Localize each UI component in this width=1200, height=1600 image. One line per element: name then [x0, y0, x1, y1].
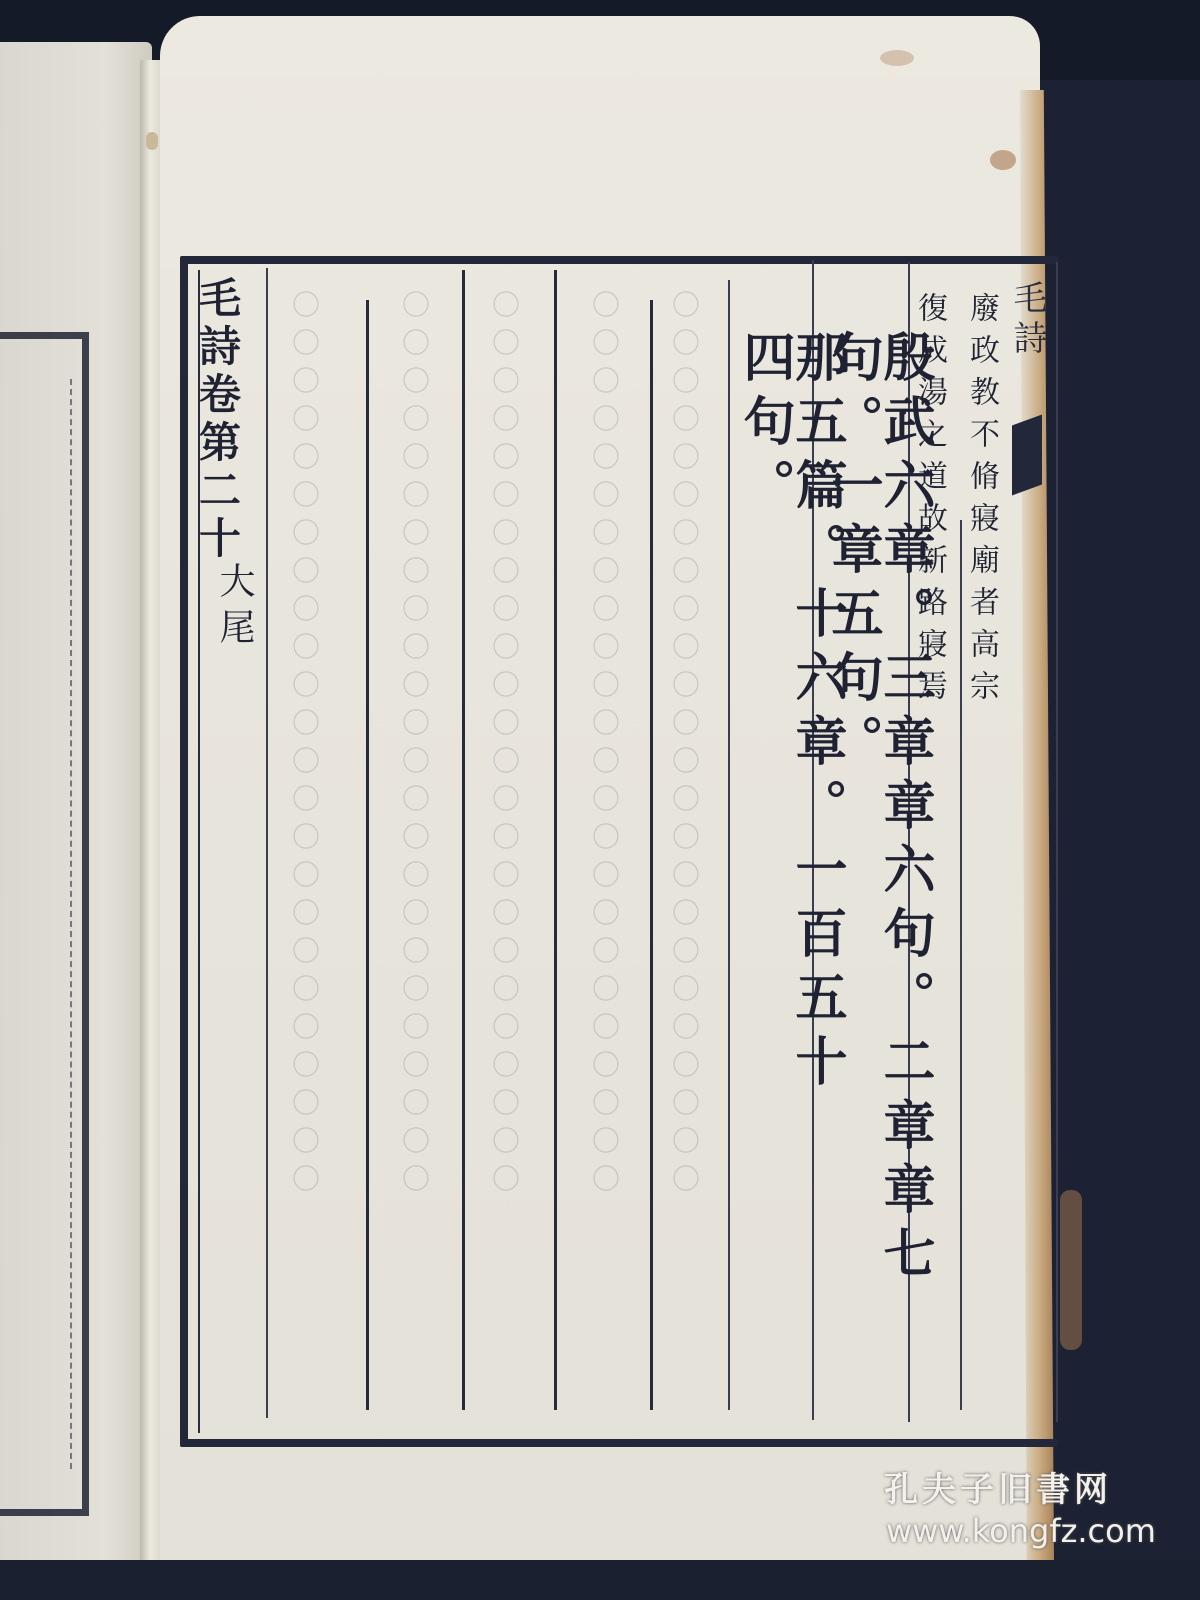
- background-cloth-bottom: [0, 1560, 1200, 1600]
- column-rule: [728, 280, 730, 1410]
- foxing-stain: [1060, 1190, 1082, 1350]
- show-through-text: 〇〇〇〇〇〇〇〇〇〇〇〇〇〇〇〇〇〇〇〇〇〇〇〇: [590, 290, 618, 1390]
- column-rule: [650, 300, 653, 1410]
- column-rule: [366, 300, 369, 1410]
- column-rule: [462, 270, 465, 1410]
- fish-tail-mark: [1012, 415, 1042, 496]
- commentary-line-2: 復成湯之道故新路寢焉: [914, 292, 944, 712]
- volume-title: 毛詩卷第二十: [196, 276, 238, 564]
- binding-stitch-mark: [146, 132, 158, 150]
- column-rule: [554, 270, 557, 1410]
- column-rule: [960, 520, 962, 1410]
- watermark-url: www.kongfz.com: [886, 1512, 1156, 1550]
- left-frame-inner-line: [70, 379, 72, 1469]
- chapter-summary-na: 那五篇。十六章。一百五十四句。: [738, 330, 842, 1130]
- show-through-text: 〇〇〇〇〇〇〇〇〇〇〇〇〇〇〇〇〇〇〇〇〇〇〇〇: [400, 290, 428, 1390]
- foxing-stain: [990, 150, 1016, 170]
- column-rule: [1056, 262, 1058, 1422]
- foxing-stain: [880, 50, 914, 66]
- next-leaf-header: 毛詩: [1010, 280, 1044, 360]
- show-through-text: 〇〇〇〇〇〇〇〇〇〇〇〇〇〇〇〇〇〇〇〇〇〇〇〇: [670, 290, 698, 1390]
- column-rule: [266, 268, 268, 1418]
- commentary-line-1: 廢政教不脩寢廟者高宗: [966, 292, 996, 712]
- watermark-site-name: 孔夫子旧書网: [884, 1462, 1112, 1511]
- show-through-text: 〇〇〇〇〇〇〇〇〇〇〇〇〇〇〇〇〇〇〇〇〇〇〇〇: [490, 290, 518, 1390]
- volume-end-mark: 大尾: [216, 562, 252, 654]
- left-page-print-frame: [0, 332, 89, 1516]
- show-through-text: 〇〇〇〇〇〇〇〇〇〇〇〇〇〇〇〇〇〇〇〇〇〇〇〇: [290, 290, 318, 1390]
- left-page: [0, 42, 152, 1582]
